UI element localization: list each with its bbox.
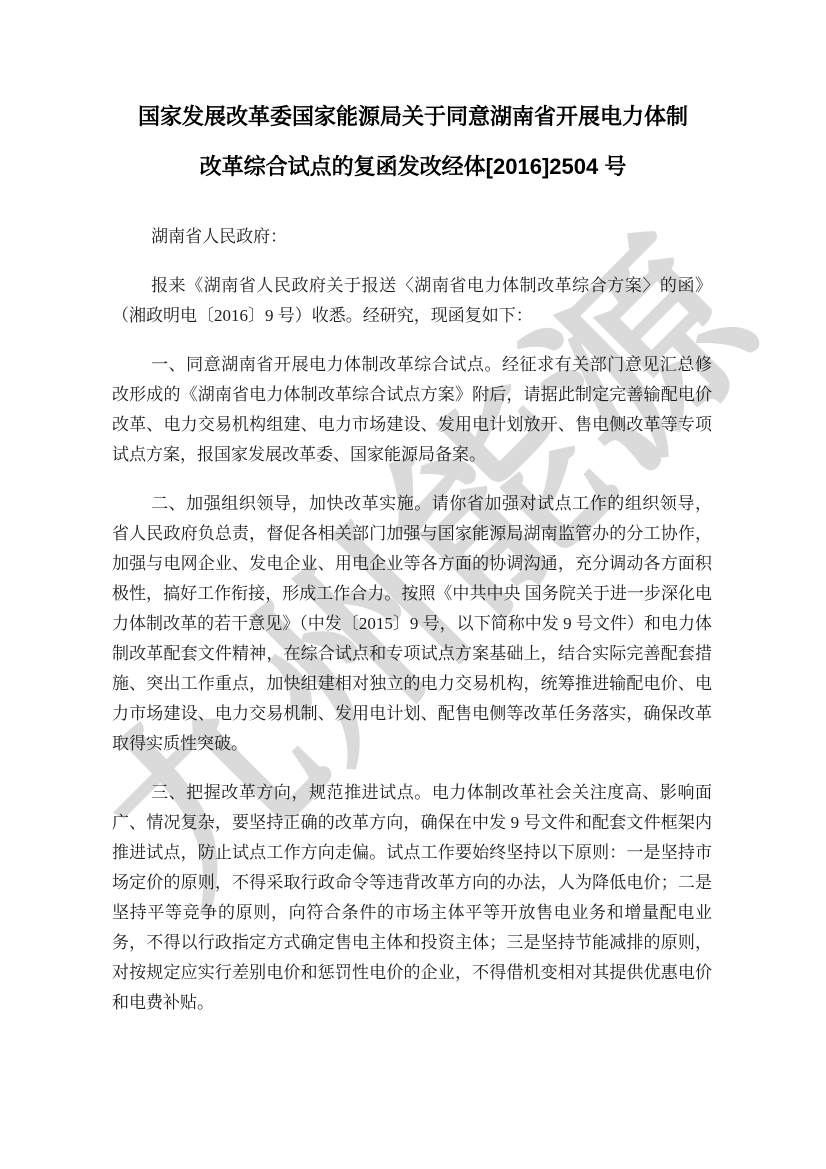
paragraph-intro: 报来《湖南省人民政府关于报送〈湖南省电力体制改革综合方案〉的函》（湘政明电〔20… [112,271,712,331]
document-title-line-2: 改革综合试点的复函发改经体[2016]2504 号 [56,142,770,192]
document-body: 湖南省人民政府： 报来《湖南省人民政府关于报送〈湖南省电力体制改革综合方案〉的函… [112,222,712,1018]
salutation: 湖南省人民政府： [112,222,712,252]
paragraph-item-2: 二、加强组织领导，加快改革实施。请你省加强对试点工作的组织领导，省人民政府负总责… [112,489,712,759]
document-title-line-1: 国家发展改革委国家能源局关于同意湖南省开展电力体制 [56,92,770,142]
paragraph-item-3: 三、把握改革方向，规范推进试点。电力体制改革社会关注度高、影响面广、情况复杂，要… [112,778,712,1018]
document-title: 国家发展改革委国家能源局关于同意湖南省开展电力体制 改革综合试点的复函发改经体[… [56,92,770,192]
paragraph-item-1: 一、同意湖南省开展电力体制改革综合试点。经征求有关部门意见汇总修改形成的《湖南省… [112,350,712,470]
document-page: 九州能源 国家发展改革委国家能源局关于同意湖南省开展电力体制 改革综合试点的复函… [0,0,826,1169]
